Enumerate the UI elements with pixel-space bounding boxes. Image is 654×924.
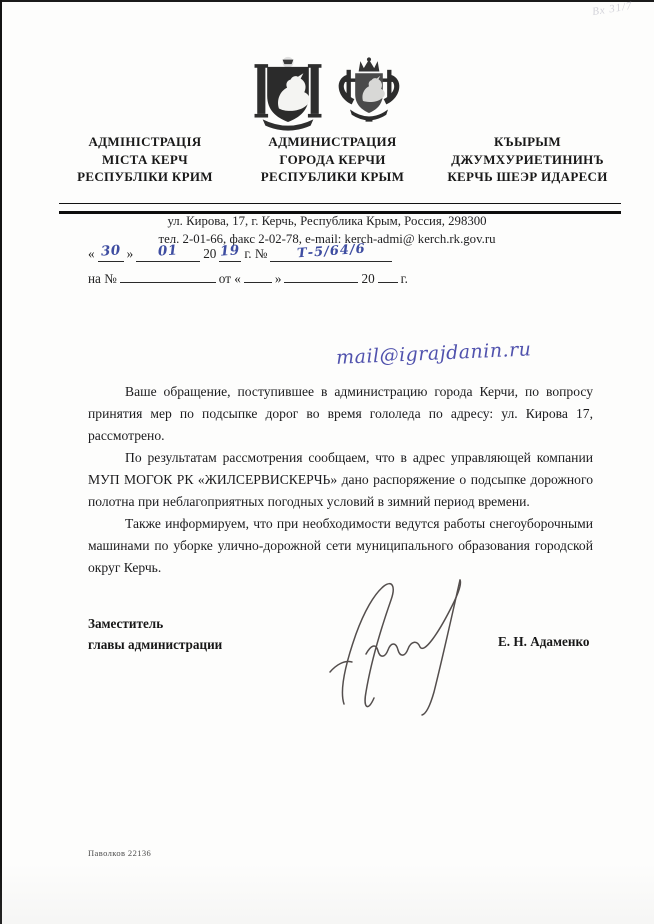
letter-body: Ваше обращение, поступившее в администра…	[88, 381, 593, 579]
signature-scribble	[322, 572, 482, 717]
letterhead-org-names: АДМІНІСТРАЦІЯ МІСТА КЕРЧ РЕСПУБЛІКИ КРИМ…	[55, 133, 625, 186]
handwritten-day: 30	[100, 242, 121, 259]
reference-block: «30»012019г. №Т-5/64/6 на №от «»20г.	[88, 246, 508, 288]
scanned-letter-page: Вх 31/7	[0, 0, 654, 924]
address-line: ул. Кирова, 17, г. Керчь, Республика Кры…	[0, 213, 654, 231]
scan-noise-shade	[0, 864, 654, 924]
letterhead-address: ул. Кирова, 17, г. Керчь, Республика Кры…	[0, 213, 654, 248]
org-name-crimean-tatar: КЪЫРЫМ ДЖУМХУРИЕТИНИНЪ КЕРЧЬ ШЕЭР ИДАРЕС…	[430, 133, 625, 186]
scan-edge-left	[0, 0, 2, 924]
incoming-reference-line: на №от «»20г.	[88, 267, 508, 288]
body-paragraph: Ваше обращение, поступившее в администра…	[88, 381, 593, 447]
handwritten-year: 19	[220, 242, 241, 259]
org-name-ukrainian: АДМІНІСТРАЦІЯ МІСТА КЕРЧ РЕСПУБЛІКИ КРИМ	[55, 133, 235, 186]
org-name-russian: АДМИНИСТРАЦИЯ ГОРОДА КЕРЧИ РЕСПУБЛИКИ КР…	[240, 133, 425, 186]
body-paragraph: Также информируем, что при необходимости…	[88, 513, 593, 579]
scan-edge-top	[0, 0, 654, 2]
handwritten-email: mail@igrajdanin.ru	[336, 335, 607, 369]
crimea-coat-of-arms-icon	[251, 56, 325, 132]
body-paragraph: По результатам рассмотрения сообщаем, чт…	[88, 447, 593, 513]
handwritten-month: 01	[158, 242, 179, 259]
signer-name: Е. Н. Адаменко	[498, 634, 589, 650]
outgoing-date-line: «30»012019г. №Т-5/64/6	[88, 246, 508, 267]
kerch-coat-of-arms-icon	[334, 56, 404, 132]
executor-note: Паволков 22136	[88, 848, 151, 858]
pencil-annotation: Вх 31/7	[591, 0, 633, 18]
letterhead-emblems	[0, 56, 654, 132]
signer-position: Заместитель главы администрации	[88, 613, 222, 655]
